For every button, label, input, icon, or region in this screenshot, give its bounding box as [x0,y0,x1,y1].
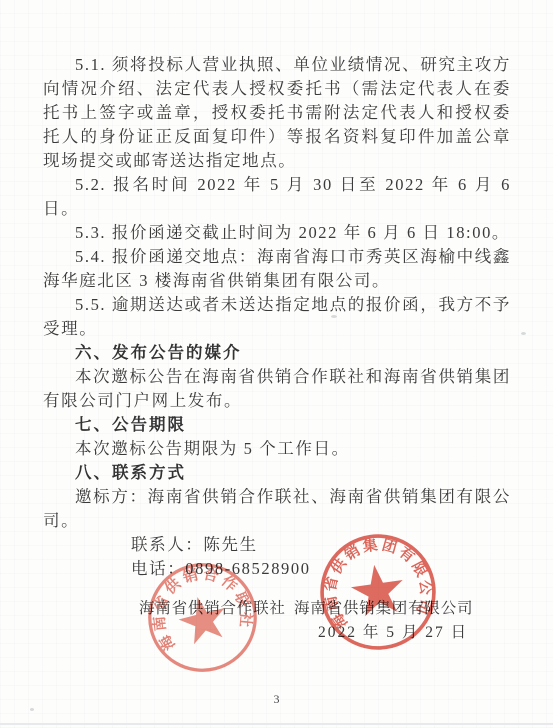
contact-phone-line: 电话：0898-68528900 [43,557,511,581]
contact-person-line: 联系人：陈先生 [43,533,511,557]
section-8-body: 邀标方：海南省供销合作联社、海南省供销集团有限公司。 [43,485,511,533]
page-bottom-edge [0,723,553,725]
section-6-heading: 六、发布公告的媒介 [43,341,511,365]
signature-date: 2022 年 5 月 27 日 [318,620,468,642]
signature-right-org: 海南省供销集团有限公司 [294,596,473,618]
page-number: 3 [0,692,553,707]
scan-noise-speck [331,315,337,318]
document-body: 5.1. 须将投标人营业执照、单位业绩情况、研究主攻方向情况介绍、法定代表人授权… [43,53,511,581]
clause-5-5: 5.5. 逾期送达或者未送达指定地点的报价函，我方不予受理。 [43,293,511,341]
section-6-body: 本次邀标公告在海南省供销合作联社和海南省供销集团有限公司门户网上发布。 [43,365,511,413]
section-7-body: 本次邀标公告期限为 5 个工作日。 [43,437,511,461]
clause-5-1: 5.1. 须将投标人营业执照、单位业绩情况、研究主攻方向情况介绍、法定代表人授权… [43,53,511,173]
section-7-heading: 七、公告期限 [43,413,511,437]
scan-noise-speck [521,332,526,335]
document-page: 5.1. 须将投标人营业执照、单位业绩情况、研究主攻方向情况介绍、法定代表人授权… [0,0,553,728]
clause-5-3: 5.3. 报价函递交截止时间为 2022 年 6 月 6 日 18:00。 [43,221,511,245]
section-8-heading: 八、联系方式 [43,461,511,485]
clause-5-2: 5.2. 报名时间 2022 年 5 月 30 日至 2022 年 6 月 6 … [43,173,511,221]
signature-left-org: 海南省供销合作联社 [139,596,286,618]
scan-noise-speck [30,708,34,711]
clause-5-4: 5.4. 报价函递交地点：海南省海口市秀英区海榆中线鑫海华庭北区 3 楼海南省供… [43,245,511,293]
